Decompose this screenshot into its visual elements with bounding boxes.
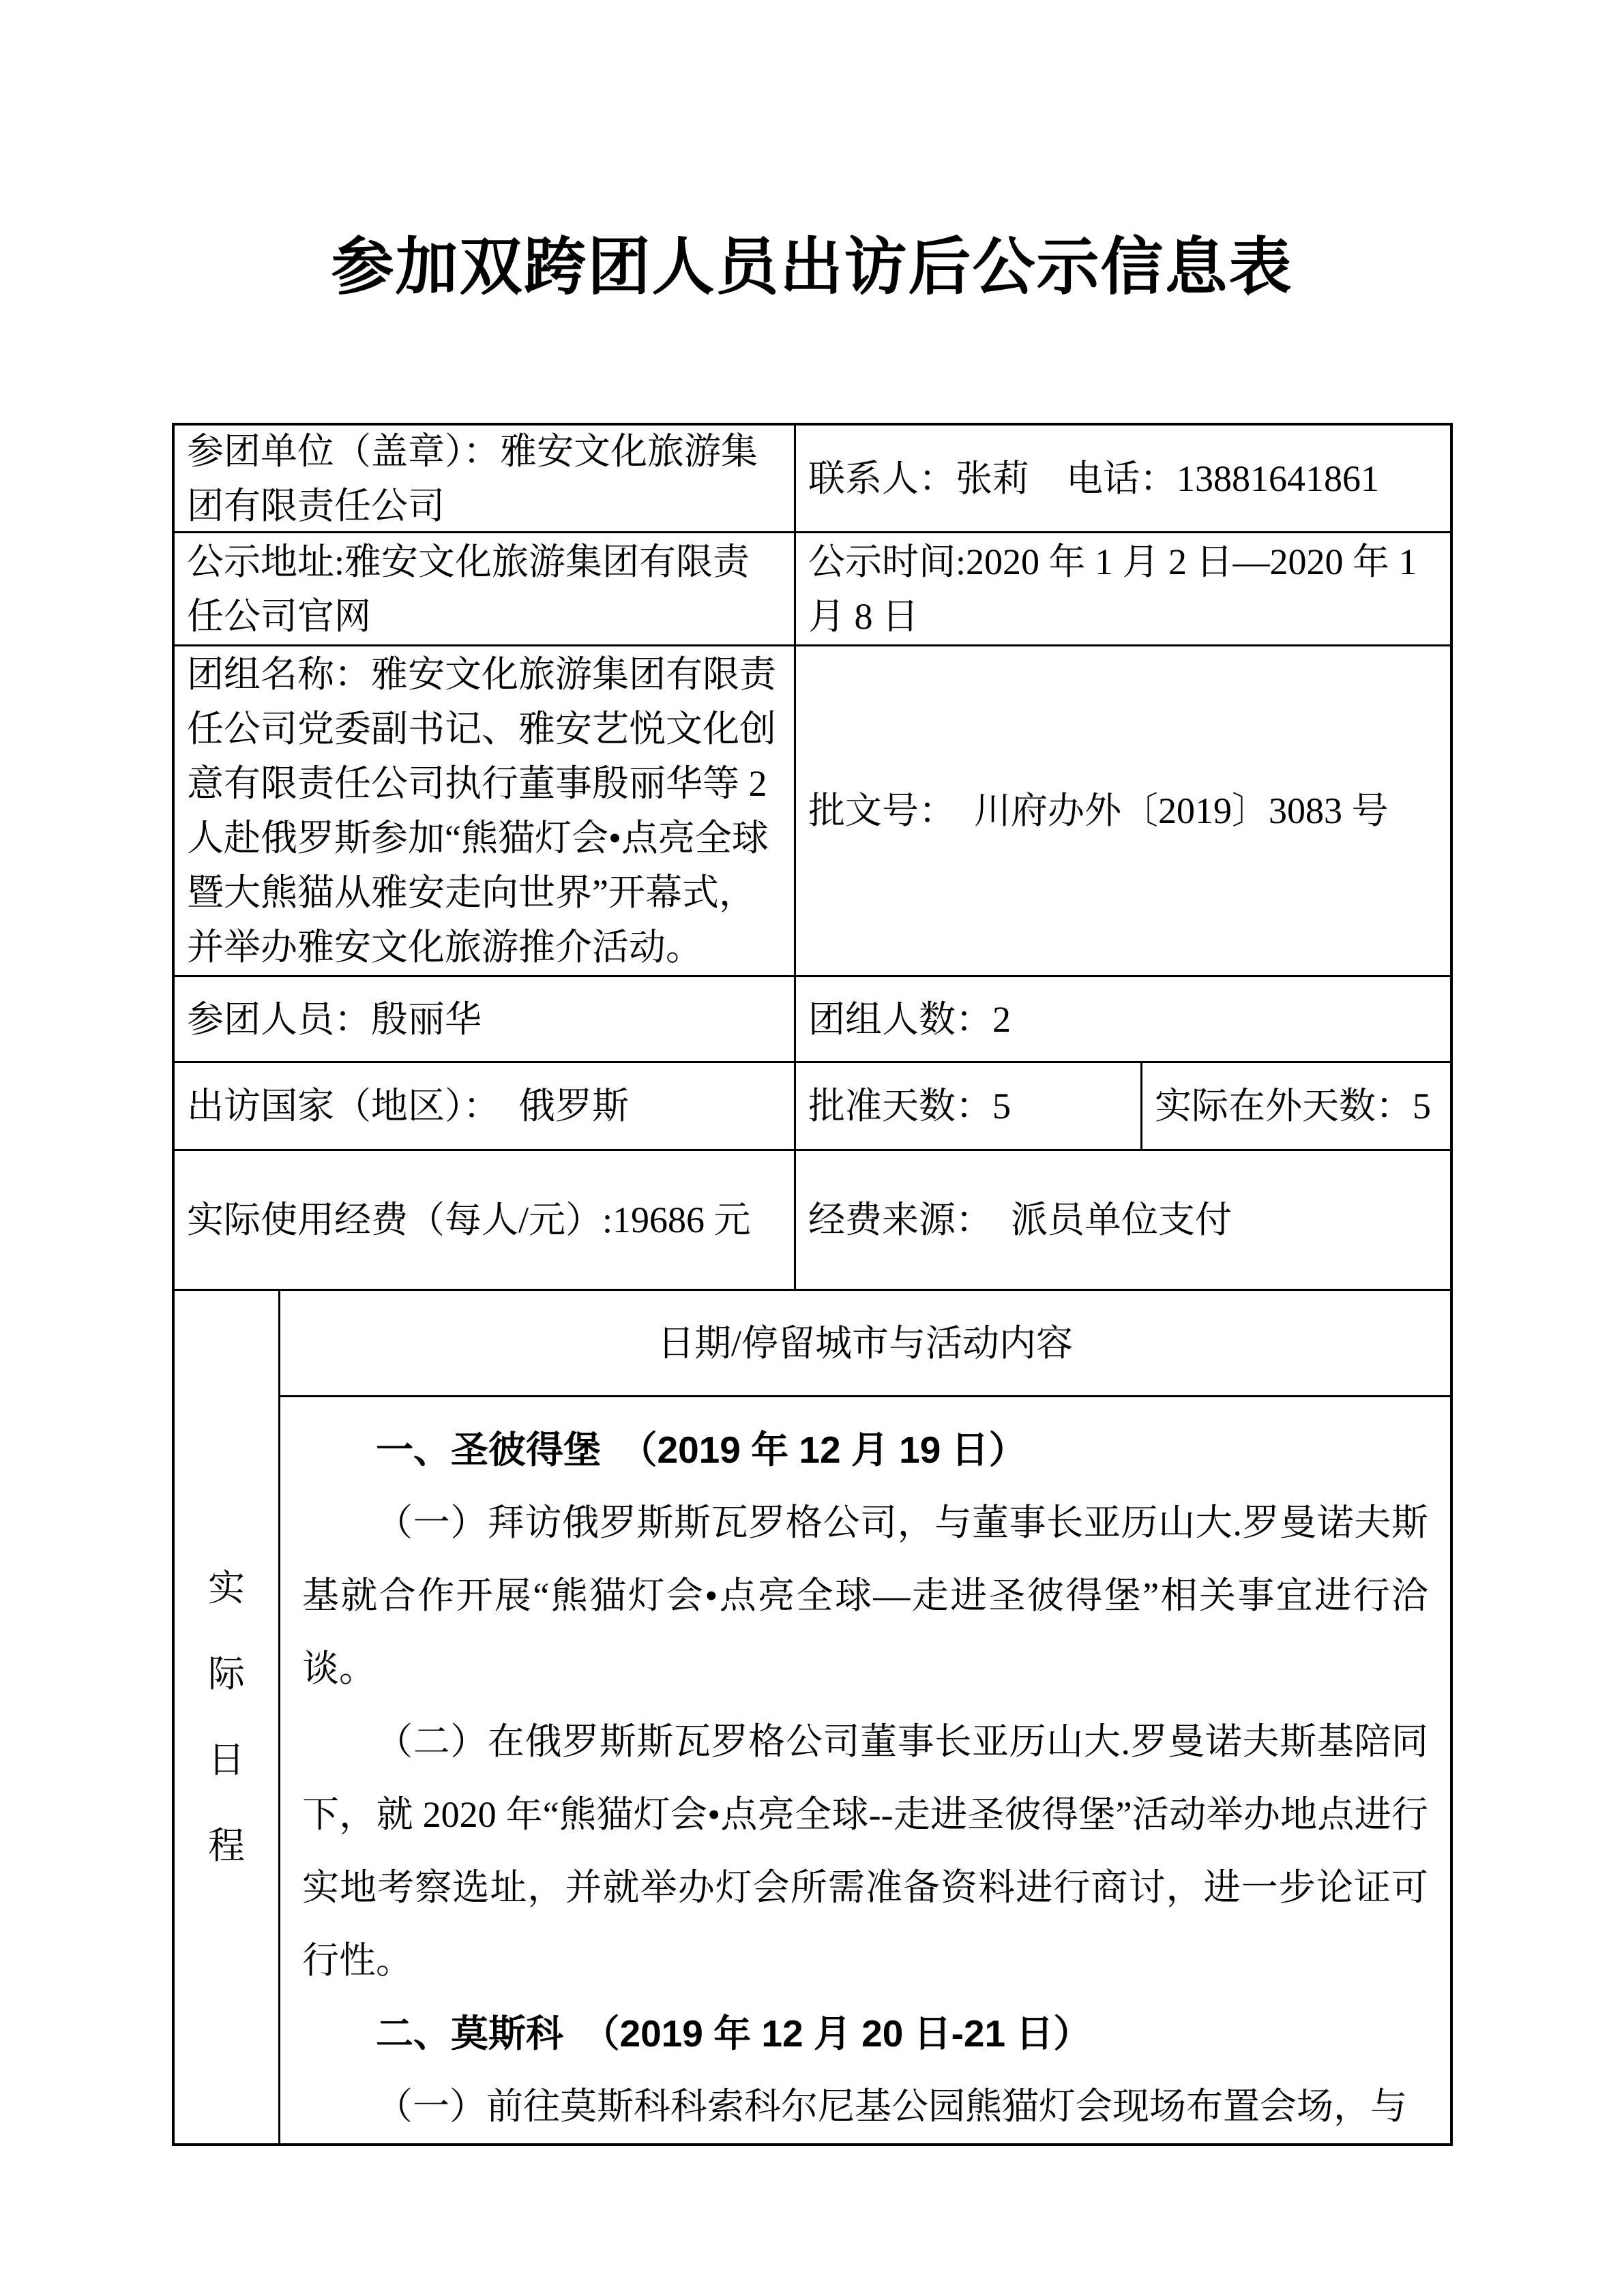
table-row: 参团单位（盖章）：雅安文化旅游集团有限责任公司 联系人：张莉 电话：138816… [175, 426, 1450, 533]
document-page: 参加双跨团人员出访后公示信息表 参团单位（盖章）：雅安文化旅游集团有限责任公司 … [0, 0, 1624, 2296]
itinerary-entry-heading: 一、圣彼得堡 （2019 年 12 月 19 日） [302, 1414, 1428, 1487]
cell-actual-days-abroad: 实际在外天数：5 [1142, 1063, 1450, 1149]
cell-publicity-time: 公示时间:2020 年 1 月 2 日—2020 年 1 月 8 日 [796, 533, 1450, 644]
itinerary-right-column: 日期/停留城市与活动内容 一、圣彼得堡 （2019 年 12 月 19 日） （… [280, 1291, 1450, 2143]
itinerary-entry: （一）前往莫斯科科索科尔尼基公园熊猫灯会现场布置会场，与 [302, 2070, 1428, 2143]
cell-participating-unit: 参团单位（盖章）：雅安文化旅游集团有限责任公司 [175, 426, 796, 531]
itinerary-section: 实际日程 日期/停留城市与活动内容 一、圣彼得堡 （2019 年 12 月 19… [175, 1291, 1450, 2143]
cell-group-name: 团组名称：雅安文化旅游集团有限责任公司党委副书记、雅安艺悦文化创意有限责任公司执… [175, 646, 796, 975]
cell-destination-country: 出访国家（地区）： 俄罗斯 [175, 1063, 796, 1149]
cell-funding-source: 经费来源： 派员单位支付 [796, 1151, 1450, 1289]
itinerary-entry: （一）拜访俄罗斯斯瓦罗格公司，与董事长亚历山大.罗曼诺夫斯基就合作开展“熊猫灯会… [302, 1487, 1428, 1705]
cell-group-size: 团组人数：2 [796, 977, 1450, 1061]
itinerary-side-cell: 实际日程 [175, 1291, 280, 2143]
cell-group-members: 参团人员：殷丽华 [175, 977, 796, 1061]
cell-contact-phone: 联系人：张莉 电话：13881641861 [796, 426, 1450, 531]
itinerary-entry: （二）在俄罗斯斯瓦罗格公司董事长亚历山大.罗曼诺夫斯基陪同下，就 2020 年“… [302, 1705, 1428, 1997]
cell-expense-per-person: 实际使用经费（每人/元）:19686 元 [175, 1151, 796, 1289]
itinerary-content: 一、圣彼得堡 （2019 年 12 月 19 日） （一）拜访俄罗斯斯瓦罗格公司… [280, 1397, 1450, 2143]
itinerary-side-label: 实际日程 [207, 1545, 246, 1889]
info-table: 参团单位（盖章）：雅安文化旅游集团有限责任公司 联系人：张莉 电话：138816… [172, 423, 1453, 2146]
itinerary-entry-heading: 二、莫斯科 （2019 年 12 月 20 日-21 日） [302, 1997, 1428, 2070]
cell-approval-number: 批文号： 川府办外〔2019〕3083 号 [796, 646, 1450, 975]
cell-approved-days: 批准天数：5 [796, 1063, 1142, 1149]
table-row: 出访国家（地区）： 俄罗斯 批准天数：5 实际在外天数：5 [175, 1063, 1450, 1151]
table-row: 公示地址:雅安文化旅游集团有限责任公司官网 公示时间:2020 年 1 月 2 … [175, 533, 1450, 646]
table-row: 团组名称：雅安文化旅游集团有限责任公司党委副书记、雅安艺悦文化创意有限责任公司执… [175, 646, 1450, 977]
itinerary-column-header: 日期/停留城市与活动内容 [280, 1291, 1450, 1397]
cell-publicity-address: 公示地址:雅安文化旅游集团有限责任公司官网 [175, 533, 796, 644]
table-row: 实际使用经费（每人/元）:19686 元 经费来源： 派员单位支付 [175, 1151, 1450, 1291]
table-row: 参团人员：殷丽华 团组人数：2 [175, 977, 1450, 1063]
page-title: 参加双跨团人员出访后公示信息表 [0, 217, 1624, 307]
